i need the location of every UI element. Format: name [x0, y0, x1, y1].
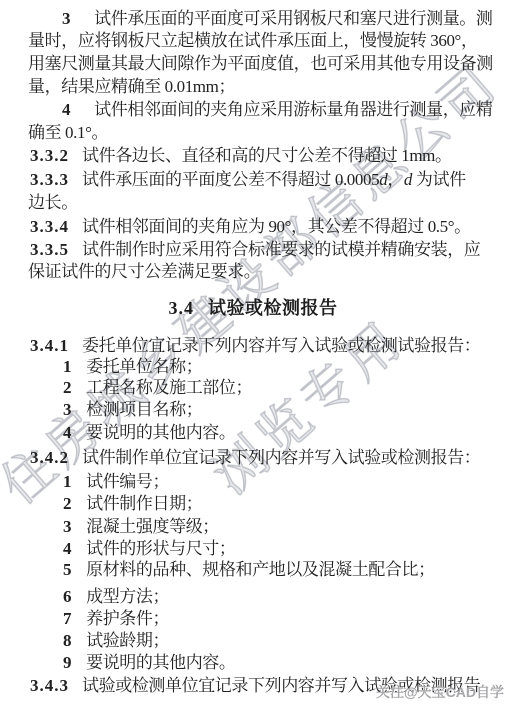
clause-text: 用塞尺测量其最大间隙作为平面度值，也可采用其他专用设备测	[28, 54, 493, 73]
clause-text: 试件相邻面间的夹角应为 90°，其公差不得超过 0.5°。	[82, 217, 471, 236]
item-number: 4	[63, 423, 71, 442]
clause-text: 试件承压面的平面度可采用钢板尺和塞尺进行测量。测	[94, 9, 492, 28]
item-number: 3	[62, 9, 70, 28]
clause-text: 试件相邻面间的夹角应采用游标量角器进行测量，应精	[94, 100, 492, 119]
clause-text: ，	[387, 170, 404, 189]
item-text: 试件制作日期；	[86, 494, 202, 513]
clause-number: 3.3.5	[30, 240, 69, 259]
clause-3-3-3-line1: 3.3.3试件承压面的平面度公差不得超过 0.0005d，d 为试件	[28, 169, 484, 191]
item-text: 成型方法；	[86, 587, 169, 606]
list-item: 3检测项目名称；	[28, 399, 484, 421]
item-number: 7	[63, 609, 71, 628]
list-item: 4要说明的其他内容。	[28, 422, 484, 444]
clause-item3-line3: 用塞尺测量其最大间隙作为平面度值，也可采用其他专用设备测	[28, 53, 484, 75]
item-number: 5	[63, 560, 71, 579]
clause-item3-line1: 3试件承压面的平面度可采用钢板尺和塞尺进行测量。测	[28, 8, 484, 30]
item-text: 要说明的其他内容。	[86, 653, 235, 672]
clause-text: 量，结果应精确至 0.01mm；	[28, 77, 235, 96]
item-number: 3	[63, 400, 71, 419]
list-item: 9要说明的其他内容。	[28, 652, 484, 674]
list-item: 6成型方法；	[28, 586, 484, 608]
clause-item4-line2: 确至 0.1°。	[28, 122, 484, 144]
clause-text: 试件承压面的平面度公差不得超过 0.0005	[82, 170, 379, 189]
clause-text: 试件各边长、直径和高的尺寸公差不得超过 1mm。	[82, 146, 452, 165]
list-item: 8试验龄期；	[28, 630, 484, 652]
item-text: 试验龄期；	[86, 631, 169, 650]
list-item: 1委托单位名称；	[28, 356, 484, 378]
list-item: 5原材料的品种、规格和产地以及混凝土配合比；	[28, 559, 484, 581]
item-text: 要说明的其他内容。	[86, 423, 235, 442]
item-text: 原材料的品种、规格和产地以及混凝土配合比；	[86, 560, 435, 579]
clause-text: 委托单位宜记录下列内容并写入试验或检测试验报告：	[82, 336, 480, 355]
list-item: 2工程名称及施工部位；	[28, 377, 484, 399]
list-item: 1试件编号；	[28, 471, 484, 493]
clause-3-3-4: 3.3.4试件相邻面间的夹角应为 90°，其公差不得超过 0.5°。	[28, 216, 484, 238]
clause-text: 量时，应将钢板尺立起横放在试件承压面上，慢慢旋转 360°，	[28, 31, 478, 50]
item-text: 试件的形状与尺寸；	[86, 539, 235, 558]
clause-item3-line4: 量，结果应精确至 0.01mm；	[28, 76, 484, 98]
clause-text: 边长。	[28, 193, 78, 212]
list-item: 4试件的形状与尺寸；	[28, 538, 484, 560]
clause-text: 试件制作单位宜记录下列内容并写入试验或检测报告：	[82, 448, 480, 467]
clause-number: 3.4.2	[30, 448, 69, 467]
item-number: 3	[63, 517, 71, 536]
clause-3-3-2: 3.3.2试件各边长、直径和高的尺寸公差不得超过 1mm。	[28, 145, 484, 167]
item-text: 委托单位名称；	[86, 357, 202, 376]
clause-number: 3.3.2	[30, 146, 69, 165]
clause-text: 试件制作时应采用符合标准要求的试模并精确安装，应	[82, 240, 480, 259]
item-text: 检测项目名称；	[86, 400, 202, 419]
clause-text: 为试件	[412, 170, 466, 189]
clause-text: 保证试件的尺寸公差满足要求。	[28, 262, 260, 281]
clause-number: 3.4.1	[30, 336, 69, 355]
item-text: 试件编号；	[86, 472, 169, 491]
document-page: 住房城乡建设部信息公司 浏览专用 3试件承压面的平面度可采用钢板尺和塞尺进行测量…	[0, 0, 506, 711]
item-text: 工程名称及施工部位；	[86, 378, 252, 397]
list-item: 7养护条件；	[28, 608, 484, 630]
item-text: 养护条件；	[86, 609, 169, 628]
list-item: 2试件制作日期；	[28, 493, 484, 515]
item-number: 2	[63, 378, 71, 397]
clause-3-3-5-line2: 保证试件的尺寸公差满足要求。	[28, 261, 484, 283]
item-text: 混凝土强度等级；	[86, 517, 219, 536]
item-number: 4	[63, 539, 71, 558]
item-number: 4	[62, 100, 70, 119]
clause-number: 3.4.3	[30, 676, 69, 695]
clause-item3-line2: 量时，应将钢板尺立起横放在试件承压面上，慢慢旋转 360°，	[28, 30, 484, 52]
section-heading: 3.4试验或检测报告	[0, 294, 506, 320]
clause-3-4-1: 3.4.1委托单位宜记录下列内容并写入试验或检测试验报告：	[28, 335, 484, 357]
item-number: 2	[63, 494, 71, 513]
clause-number: 3.3.3	[30, 170, 69, 189]
clause-3-4-2: 3.4.2试件制作单位宜记录下列内容并写入试验或检测报告：	[28, 447, 484, 469]
clause-3-3-5-line1: 3.3.5试件制作时应采用符合标准要求的试模并精确安装，应	[28, 239, 484, 261]
section-number: 3.4	[169, 298, 195, 318]
list-item: 3混凝土强度等级；	[28, 516, 484, 538]
item-number: 1	[63, 357, 71, 376]
item-number: 8	[63, 631, 71, 650]
corner-watermark: 关注@天宝CAD自学	[376, 682, 504, 702]
clause-item4-line1: 4试件相邻面间的夹角应采用游标量角器进行测量，应精	[28, 99, 484, 121]
clause-3-3-3-line2: 边长。	[28, 192, 484, 214]
item-number: 6	[63, 587, 71, 606]
variable-d: d	[404, 170, 412, 189]
item-number: 1	[63, 472, 71, 491]
clause-number: 3.3.4	[30, 217, 69, 236]
clause-text: 确至 0.1°。	[28, 123, 108, 142]
section-title: 试验或检测报告	[208, 298, 338, 318]
item-number: 9	[63, 653, 71, 672]
